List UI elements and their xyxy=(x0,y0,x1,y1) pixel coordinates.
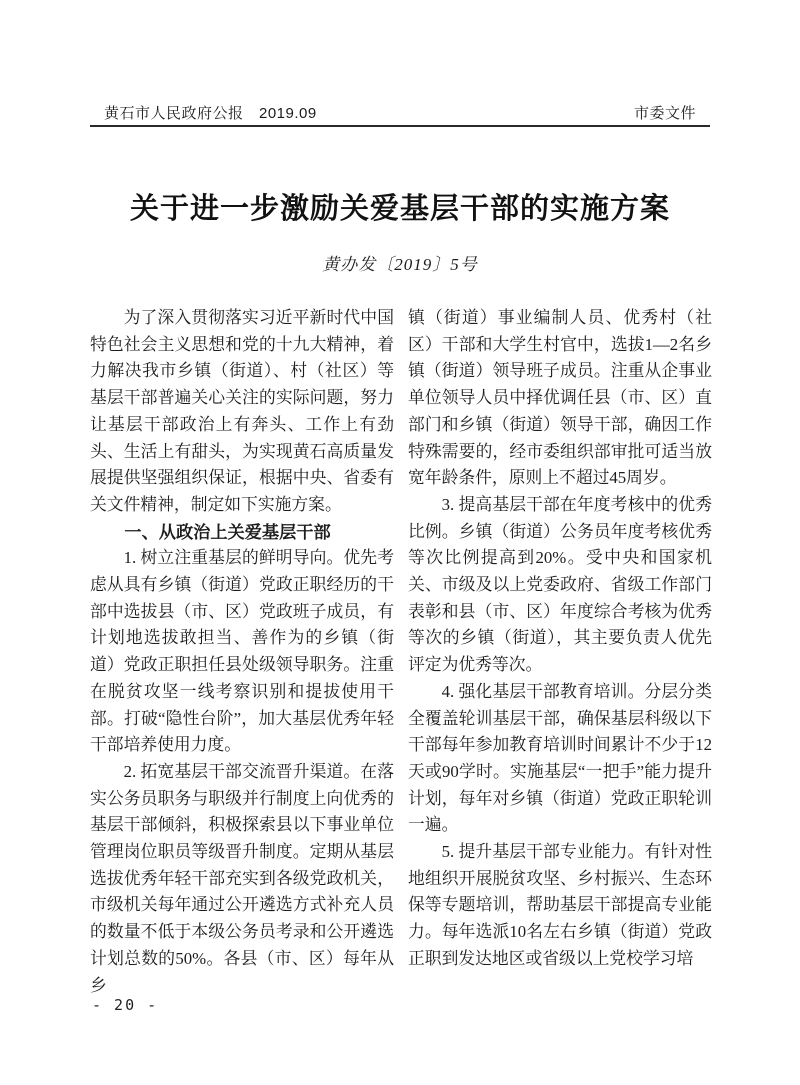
gazette-page: 黄石市人民政府公报 2019.09 市委文件 关于进一步激励关爱基层干部的实施方… xyxy=(0,0,800,1085)
header-rule xyxy=(90,125,710,127)
document-title: 关于进一步激励关爱基层干部的实施方案 xyxy=(0,186,800,227)
body-paragraph: 5. 提升基层干部专业能力。有针对性地组织开展脱贫攻坚、乡村振兴、生态环保等专题… xyxy=(408,839,712,973)
header-section-label: 市委文件 xyxy=(634,102,696,123)
body-paragraph: 3. 提高基层干部在年度考核中的优秀比例。乡镇（街道）公务员年度考核优秀等次比例… xyxy=(408,492,712,679)
body-paragraph: 镇（街道）事业编制人员、优秀村（社区）干部和大学生村官中，选拔1—2名乡镇（街道… xyxy=(408,305,712,492)
body-paragraph: 2. 拓宽基层干部交流晋升渠道。在落实公务员职务与职级并行制度上向优秀的基层干部… xyxy=(90,759,394,999)
body-paragraph: 为了深入贯彻落实习近平新时代中国特色社会主义思想和党的十九大精神，着力解决我市乡… xyxy=(90,305,394,519)
body-paragraph: 1. 树立注重基层的鲜明导向。优先考虑从具有乡镇（街道）党政正职经历的干部中选拔… xyxy=(90,545,394,759)
left-column: 为了深入贯彻落实习近平新时代中国特色社会主义思想和党的十九大精神，着力解决我市乡… xyxy=(90,305,394,999)
header-publication-title: 黄石市人民政府公报 2019.09 xyxy=(104,102,317,123)
section-heading: 一、从政治上关爱基层干部 xyxy=(90,519,394,546)
document-number: 黄办发〔2019〕5号 xyxy=(0,250,800,275)
page-header: 黄石市人民政府公报 2019.09 市委文件 xyxy=(90,102,710,123)
body-paragraph: 4. 强化基层干部教育培训。分层分类全覆盖轮训基层干部，确保基层科级以下干部每年… xyxy=(408,679,712,839)
page-footer: - 20 - xyxy=(92,996,158,1014)
document-body: 为了深入贯彻落实习近平新时代中国特色社会主义思想和党的十九大精神，着力解决我市乡… xyxy=(90,305,712,999)
right-column: 镇（街道）事业编制人员、优秀村（社区）干部和大学生村官中，选拔1—2名乡镇（街道… xyxy=(408,305,712,999)
page-number: - 20 - xyxy=(92,996,158,1014)
